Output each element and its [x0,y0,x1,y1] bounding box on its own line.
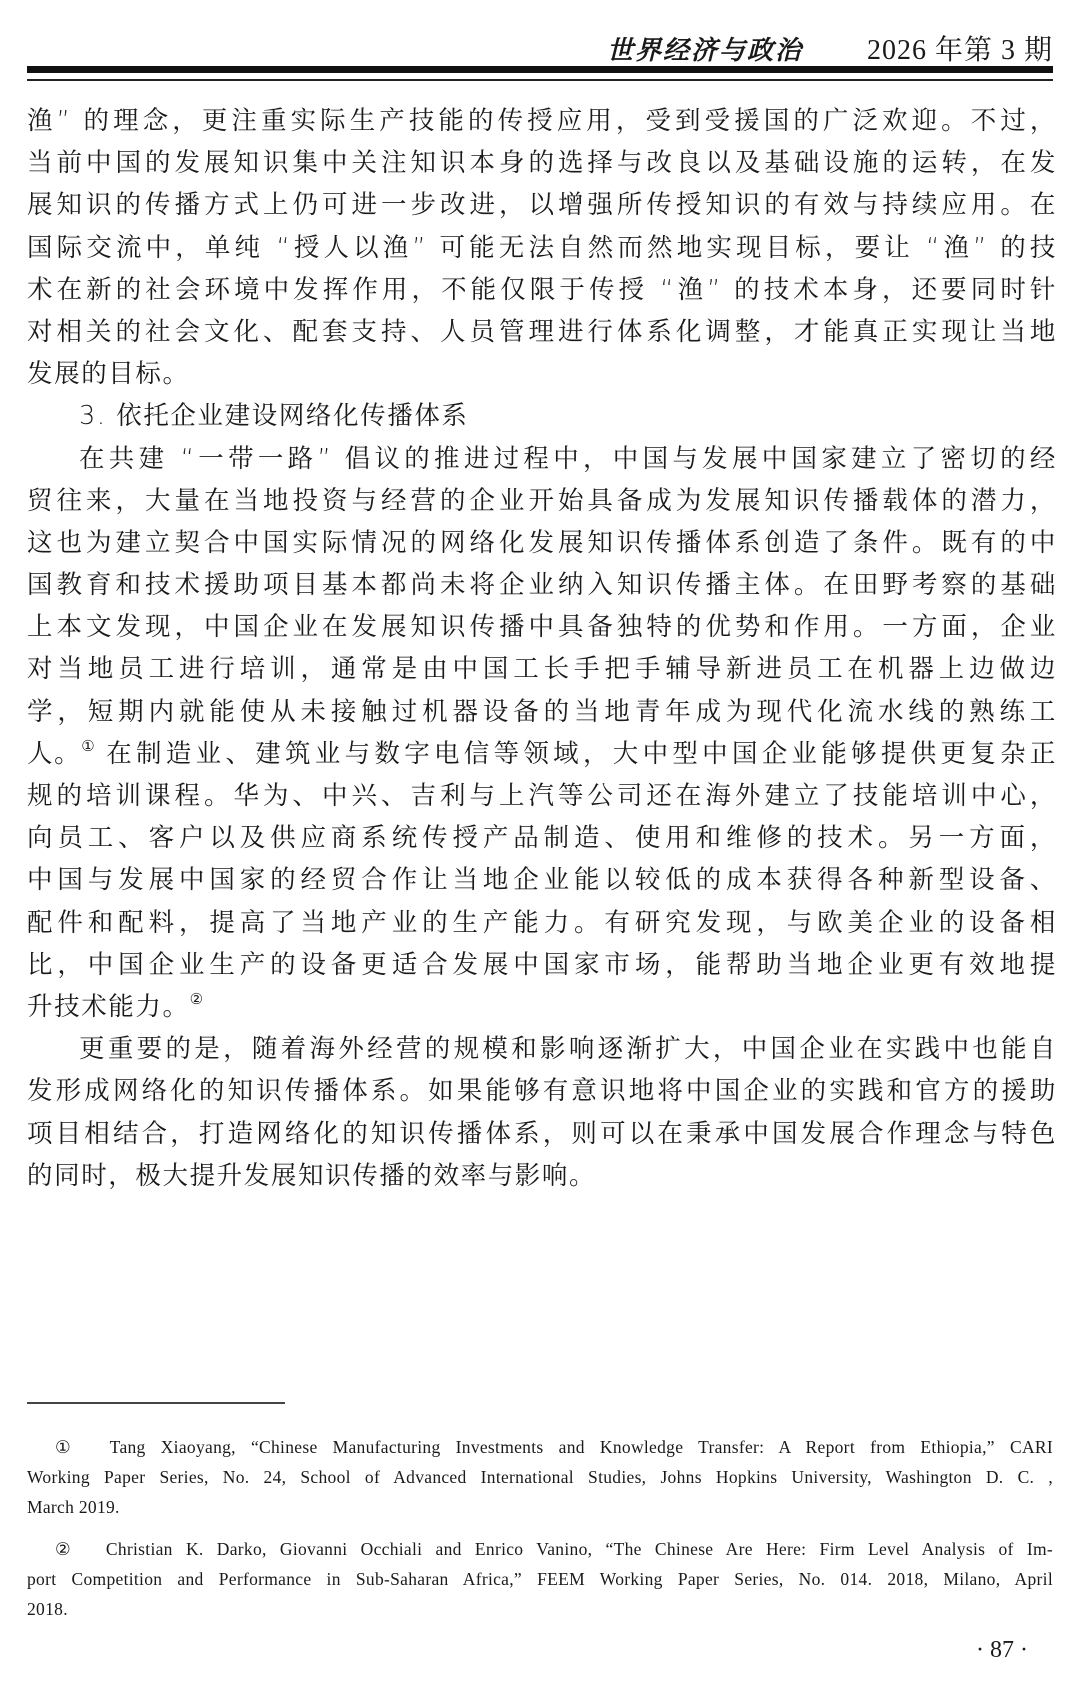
footnotes: ① Tang Xiaoyang, “Chinese Manufacturing … [27,1432,1053,1624]
footnote-ref-2[interactable]: ② [190,990,205,1008]
body-text: 在制造业、建筑业与数字电信等领域，大中型中国企业能够提供更复杂正 [106,733,1057,775]
footnote-1: ① Tang Xiaoyang, “Chinese Manufacturing … [27,1432,1053,1522]
body-line: 对相关的社会文化、配套支持、人员管理进行体系化调整，才能真正实现让当地 [27,311,1057,353]
body-line: 发展的目标。 [27,353,1057,395]
body-line: 项目相结合，打造网络化的知识传播体系，则可以在秉承中国发展合作理念与特色 [27,1113,1057,1155]
header-rule-thin [27,79,1053,81]
footnote-line: March 2019. [27,1492,1053,1522]
footnote-line: ② Christian K. Darko, Giovanni Occhiali … [27,1534,1053,1564]
body-line: 向员工、客户以及供应商系统传授产品制造、使用和维修的技术。另一方面， [27,817,1057,859]
body-line: 学，短期内就能使从未接触过机器设备的当地青年成为现代化流水线的熟练工 [27,691,1057,733]
body-line: 国教育和技术援助项目基本都尚未将企业纳入知识传播主体。在田野考察的基础 [27,564,1057,606]
footnote-line: Working Paper Series, No. 24, School of … [27,1462,1053,1492]
body-line: 对当地员工进行培训，通常是由中国工长手把手辅导新进员工在机器上边做边 [27,648,1057,690]
page-number: · 87 · [976,1637,1028,1664]
body-line: 当前中国的发展知识集中关注知识本身的选择与改良以及基础设施的运转，在发 [27,142,1057,184]
section-heading: 3. 依托企业建设网络化传播体系 [27,395,1057,437]
body-line: 配件和配料，提高了当地产业的生产能力。有研究发现，与欧美企业的设备相 [27,902,1057,944]
footnote-divider [27,1402,285,1404]
body-line: 升技术能力。② [27,986,1057,1028]
body-line: 这也为建立契合中国实际情况的网络化发展知识传播体系创造了条件。既有的中 [27,522,1057,564]
body-line: 发形成网络化的知识传播体系。如果能够有意识地将中国企业的实践和官方的援助 [27,1070,1057,1112]
issue-label: 2026 年第 3 期 [867,28,1053,68]
footnote-ref-1[interactable]: ① [81,737,96,755]
body-line: 贸往来，大量在当地投资与经营的企业开始具备成为发展知识传播载体的潜力， [27,480,1057,522]
body-line: 的同时，极大提升发展知识传播的效率与影响。 [27,1155,1057,1197]
footnote-2: ② Christian K. Darko, Giovanni Occhiali … [27,1534,1053,1624]
body-line: 人。① 在制造业、建筑业与数字电信等领域，大中型中国企业能够提供更复杂正 [27,733,1057,775]
footnote-line: 2018. [27,1594,1053,1624]
body-line: 规的培训课程。华为、中兴、吉利与上汽等公司还在海外建立了技能培训中心， [27,775,1057,817]
footnote-line: port Competition and Performance in Sub-… [27,1564,1053,1594]
body-line: 比，中国企业生产的设备更适合发展中国家市场，能帮助当地企业更有效地提 [27,944,1057,986]
body-line: 渔” 的理念，更注重实际生产技能的传授应用，受到受援国的广泛欢迎。不过， [27,100,1057,142]
body-line: 国际交流中，单纯 “授人以渔” 可能无法自然而然地实现目标，要让 “渔” 的技 [27,227,1057,269]
body-line: 上本文发现，中国企业在发展知识传播中具备独特的优势和作用。一方面，企业 [27,606,1057,648]
body-text: 升技术能力。 [27,992,190,1022]
journal-title: 世界经济与政治 [607,30,803,67]
body-text: 人。 [27,739,81,769]
body-line: 术在新的社会环境中发挥作用，不能仅限于传授 “渔” 的技术本身，还要同时针 [27,269,1057,311]
body-line: 展知识的传播方式上仍可进一步改进，以增强所传授知识的有效与持续应用。在 [27,184,1057,226]
body-line: 中国与发展中国家的经贸合作让当地企业能以较低的成本获得各种新型设备、 [27,859,1057,901]
footnote-line: ① Tang Xiaoyang, “Chinese Manufacturing … [27,1432,1053,1462]
body-line: 在共建 “一带一路” 倡议的推进过程中，中国与发展中国家建立了密切的经 [27,438,1057,480]
running-header: 世界经济与政治 2026 年第 3 期 [27,18,1053,88]
article-body: 渔” 的理念，更注重实际生产技能的传授应用，受到受援国的广泛欢迎。不过， 当前中… [27,100,1057,1197]
body-line: 更重要的是，随着海外经营的规模和影响逐渐扩大，中国企业在实践中也能自 [27,1028,1057,1070]
header-rule-thick [27,66,1053,73]
